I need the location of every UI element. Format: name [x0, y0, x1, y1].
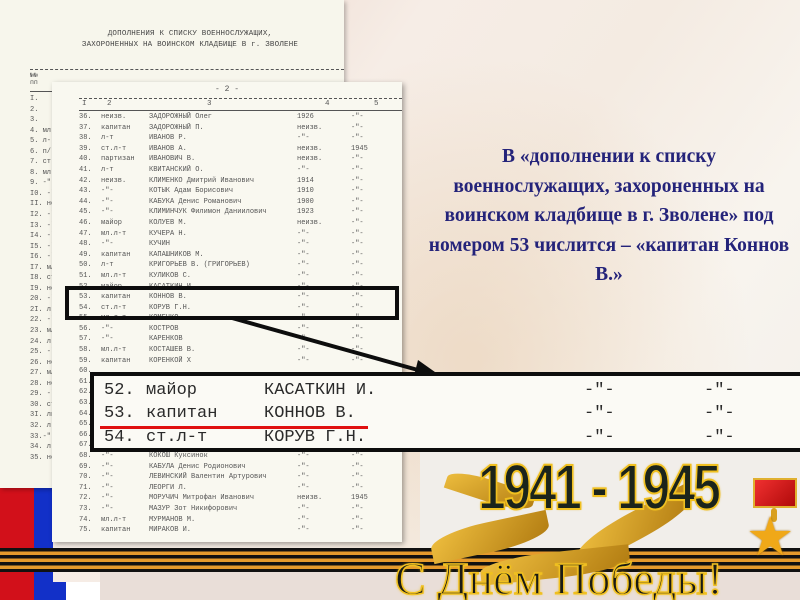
- cell-rank: капитан: [101, 251, 130, 259]
- cell-rank: мл.л-т: [101, 272, 126, 280]
- cell-rank: -"-: [101, 473, 114, 481]
- cell-name: КОСТАШЕВ В.: [149, 346, 195, 354]
- cell-name: МАЗУР Зот Никифорович: [149, 505, 237, 513]
- cell-num: 59.: [79, 357, 92, 365]
- slide-caption: В «дополнении к списку военнослужащих, з…: [428, 142, 790, 290]
- cell-rank: -"-: [101, 208, 114, 216]
- excerpt-num: 52.: [104, 381, 135, 400]
- cell-name: КРИГОРЬЕВ В. (ГРИГОРЬЕВ): [149, 261, 250, 269]
- cell-c4: неизв.: [297, 494, 322, 502]
- cell-c4: -"-: [297, 484, 310, 492]
- excerpt-name: КОРУВ Г.Н.: [264, 428, 366, 447]
- cell-name: КЛИМЕНКО Дмитрий Иванович: [149, 177, 254, 185]
- cell-c5: -"-: [351, 177, 364, 185]
- cell-rank: -"-: [101, 187, 114, 195]
- cell-c5: -"-: [351, 463, 364, 471]
- cell-num: 50.: [79, 261, 92, 269]
- cell-c4: 1914: [297, 177, 314, 185]
- cell-name: ЛЕОРГИ Л.: [149, 484, 187, 492]
- cell-num: 48.: [79, 240, 92, 248]
- cell-c4: 1926: [297, 113, 314, 121]
- cell-c5: -"-: [351, 240, 364, 248]
- cell-c4: -"-: [297, 516, 310, 524]
- cell-rank: -"-: [101, 484, 114, 492]
- years-title: 1941 - 1945: [478, 450, 719, 524]
- cell-name: КОКОШ Куксинок: [149, 452, 208, 460]
- cell-c4: -"-: [297, 346, 310, 354]
- cell-num: 75.: [79, 526, 92, 534]
- cell-num: 40.: [79, 155, 92, 163]
- cell-num: 41.: [79, 166, 92, 174]
- cell-c5: -"-: [351, 516, 364, 524]
- cell-num: 37.: [79, 124, 92, 132]
- cell-c5: -"-: [351, 198, 364, 206]
- column-header-2: 2: [107, 100, 112, 108]
- cell-num: 42.: [79, 177, 92, 185]
- cell-c5: -"-: [351, 124, 364, 132]
- cell-c5: 1945: [351, 145, 368, 153]
- highlight-rectangle: [65, 286, 399, 320]
- cell-c4: 1910: [297, 187, 314, 195]
- cell-rank: -"-: [101, 505, 114, 513]
- flag-stripe-white: [66, 582, 100, 600]
- cell-num: 73.: [79, 505, 92, 513]
- cell-num: 38.: [79, 134, 92, 142]
- cell-name: ЛЕВИНСКИЙ Валентин Артурович: [149, 473, 267, 481]
- cell-name: МИРАКОВ И.: [149, 526, 191, 534]
- cell-c4: -"-: [297, 166, 310, 174]
- cell-name: ИВАНОВИЧ В.: [149, 155, 195, 163]
- cell-rank: мл.л-т: [101, 516, 126, 524]
- cell-rank: капитан: [101, 526, 130, 534]
- cell-c4: -"-: [297, 325, 310, 333]
- cell-num: 56.: [79, 325, 92, 333]
- excerpt-col4: -"-: [584, 404, 615, 423]
- cell-c4: неизв.: [297, 155, 322, 163]
- cell-c5: -"-: [351, 230, 364, 238]
- cell-c4: -"-: [297, 230, 310, 238]
- cell-num: 39.: [79, 145, 92, 153]
- cell-name: МУРМАНОВ М.: [149, 516, 195, 524]
- page2-top-rule: [79, 98, 402, 99]
- cell-name: КУЛИКОВ С.: [149, 272, 191, 280]
- excerpt-col5: -"-: [704, 381, 735, 400]
- cell-rank: ст.л-т: [101, 145, 126, 153]
- cell-c4: -"-: [297, 272, 310, 280]
- column-header-1: I: [82, 100, 87, 108]
- cell-num: 51.: [79, 272, 92, 280]
- cell-c5: -"-: [351, 335, 364, 343]
- excerpt-col5: -"-: [704, 428, 735, 447]
- cell-name: КАРЕНКОВ: [149, 335, 183, 343]
- cell-c4: неизв.: [297, 145, 322, 153]
- page1-column-rule: [30, 91, 52, 92]
- cell-c5: -"-: [351, 166, 364, 174]
- cell-rank: майор: [101, 219, 122, 227]
- cell-c4: -"-: [297, 473, 310, 481]
- flag-stripe-red: [0, 488, 34, 600]
- cell-rank: капитан: [101, 357, 130, 365]
- cell-c5: -"-: [351, 261, 364, 269]
- column-header-4: 4: [325, 100, 330, 108]
- cell-c5: -"-: [351, 357, 364, 365]
- cell-name: КАБУЛА Денис Родионович: [149, 463, 246, 471]
- excerpt-rank: ст.л-т: [146, 428, 207, 447]
- cell-rank: -"-: [101, 240, 114, 248]
- cell-num: 69.: [79, 463, 92, 471]
- document-heading-line1: ДОПОЛНЕНИЯ К СПИСКУ ВОЕННОСЛУЖАЩИХ,: [40, 30, 340, 38]
- cell-c5: -"-: [351, 219, 364, 227]
- cell-name: КВИТАНСКИЙ О.: [149, 166, 204, 174]
- cell-c4: -"-: [297, 357, 310, 365]
- excerpt-rank: майор: [146, 381, 197, 400]
- cell-num: 44.: [79, 198, 92, 206]
- cell-c4: -"-: [297, 261, 310, 269]
- cell-c5: 1945: [351, 494, 368, 502]
- cell-rank: -"-: [101, 325, 114, 333]
- cell-num: 45.: [79, 208, 92, 216]
- excerpt-col4: -"-: [584, 428, 615, 447]
- cell-c5: -"-: [351, 325, 364, 333]
- cell-c4: неизв.: [297, 219, 322, 227]
- cell-c5: -"-: [351, 155, 364, 163]
- excerpt-rank: капитан: [146, 404, 217, 423]
- cell-c4: -"-: [297, 526, 310, 534]
- cell-name: КОТЫК Адам Борисович: [149, 187, 233, 195]
- cell-c4: -"-: [297, 251, 310, 259]
- cell-num: 68.: [79, 452, 92, 460]
- cell-num: 49.: [79, 251, 92, 259]
- cell-num: 36.: [79, 113, 92, 121]
- cell-c5: -"-: [351, 208, 364, 216]
- cell-name: КАБУКА Денис Романович: [149, 198, 241, 206]
- cell-num: 57.: [79, 335, 92, 343]
- cell-name: КУЧЕРА Н.: [149, 230, 187, 238]
- page1-column-header: №№ пп: [30, 72, 38, 86]
- excerpt-name: КАСАТКИН И.: [264, 381, 376, 400]
- cell-c5: -"-: [351, 484, 364, 492]
- heading-rule: [30, 69, 344, 70]
- cell-num: 58.: [79, 346, 92, 354]
- cell-name: ЗАДОРОЖНЫЙ Олег: [149, 113, 212, 121]
- cell-name: ЗАДОРОЖНЫЙ П.: [149, 124, 204, 132]
- excerpt-name: КОННОВ В.: [264, 404, 356, 423]
- page2-header-rule: [79, 110, 402, 111]
- victory-banner: 1941 - 1945 ★ С Днём Победы!: [400, 452, 800, 600]
- excerpt-num: 53.: [104, 404, 135, 423]
- cell-c5: -"-: [351, 473, 364, 481]
- cell-name: МОРУЧИЧ Митрофан Иванович: [149, 494, 254, 502]
- victory-greeting: С Днём Победы!: [395, 552, 723, 600]
- cell-rank: -"-: [101, 494, 114, 502]
- cell-name: КОСТРОВ: [149, 325, 178, 333]
- cell-name: КОРЕНКОЙ Х: [149, 357, 191, 365]
- cell-num: 47.: [79, 230, 92, 238]
- cell-rank: -"-: [101, 335, 114, 343]
- cell-name: КАПАШНИКОВ М.: [149, 251, 204, 259]
- cell-c4: -"-: [297, 463, 310, 471]
- zoomed-excerpt: 52. майор КАСАТКИН И. -"- -"- 53. капита…: [90, 372, 800, 452]
- cell-num: 71.: [79, 484, 92, 492]
- column-header-3: 3: [207, 100, 212, 108]
- cell-name: ИВАНОВ А.: [149, 145, 187, 153]
- cell-name: КЛИМИНЧУК Филимон Даниилович: [149, 208, 267, 216]
- cell-rank: капитан: [101, 124, 130, 132]
- cell-c4: -"-: [297, 240, 310, 248]
- cell-rank: л-т: [101, 166, 114, 174]
- excerpt-num: 54.: [104, 428, 135, 447]
- cell-c4: -"-: [297, 134, 310, 142]
- gold-star-medal-icon: ★: [746, 510, 794, 564]
- cell-c5: -"-: [351, 346, 364, 354]
- cell-num: 74.: [79, 516, 92, 524]
- cell-name: КУЧИН: [149, 240, 170, 248]
- column-header-5: 5: [374, 100, 379, 108]
- cell-rank: неизв.: [101, 113, 126, 121]
- cell-num: 70.: [79, 473, 92, 481]
- cell-c4: неизв.: [297, 124, 322, 132]
- cell-name: ИВАНОВ Р.: [149, 134, 187, 142]
- cell-c4: 1923: [297, 208, 314, 216]
- cell-c5: -"-: [351, 505, 364, 513]
- flag-stripe-blue-lower: [34, 582, 66, 600]
- cell-num: 43.: [79, 187, 92, 195]
- cell-name: КОЛУЕВ М.: [149, 219, 187, 227]
- cell-rank: -"-: [101, 198, 114, 206]
- cell-rank: л-т: [101, 134, 114, 142]
- cell-rank: партизан: [101, 155, 135, 163]
- cell-c4: -"-: [297, 452, 310, 460]
- cell-c4: 1900: [297, 198, 314, 206]
- cell-rank: -"-: [101, 452, 114, 460]
- page-number: - 2 -: [52, 85, 402, 94]
- cell-c5: -"-: [351, 134, 364, 142]
- cell-rank: л-т: [101, 261, 114, 269]
- excerpt-col5: -"-: [704, 404, 735, 423]
- cell-c4: -"-: [297, 335, 310, 343]
- cell-c5: -"-: [351, 187, 364, 195]
- cell-c5: -"-: [351, 113, 364, 121]
- excerpt-col4: -"-: [584, 381, 615, 400]
- cell-c5: -"-: [351, 526, 364, 534]
- medal-ribbon-icon: [753, 478, 797, 508]
- cell-c4: -"-: [297, 505, 310, 513]
- cell-c5: -"-: [351, 251, 364, 259]
- cell-rank: -"-: [101, 463, 114, 471]
- cell-c5: -"-: [351, 272, 364, 280]
- cell-rank: неизв.: [101, 177, 126, 185]
- cell-num: 46.: [79, 219, 92, 227]
- cell-rank: мл.л-т: [101, 230, 126, 238]
- cell-num: 72.: [79, 494, 92, 502]
- cell-c5: -"-: [351, 452, 364, 460]
- document-heading-line2: ЗАХОРОНЕННЫХ НА ВОИНСКОМ КЛАДБИЩЕ В г. З…: [20, 41, 360, 49]
- cell-rank: мл.л-т: [101, 346, 126, 354]
